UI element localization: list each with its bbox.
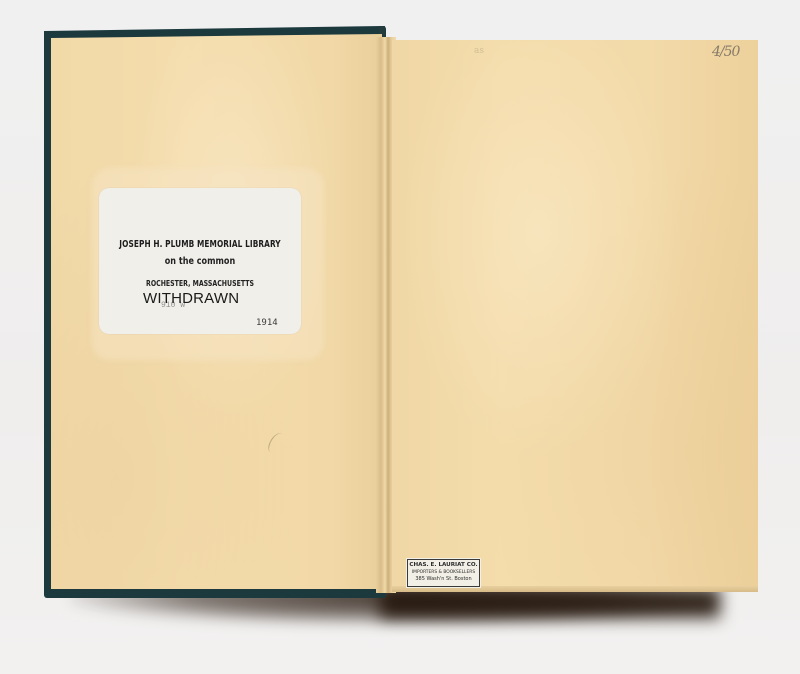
pencil-price: 4/50 (712, 44, 739, 60)
bookseller-name: CHAS. E. LAURIAT CO. (408, 562, 479, 569)
bookseller-address: 385 Wash'n St. Boston (408, 576, 479, 583)
bookseller-ticket: CHAS. E. LAURIAT CO. IMPORTERS & BOOKSEL… (407, 559, 480, 587)
library-subtitle: on the common (114, 256, 286, 267)
library-location: ROCHESTER, MASSACHUSETTS (119, 279, 281, 288)
library-label: JOSEPH H. PLUMB MEMORIAL LIBRARY on the … (99, 188, 301, 334)
book-shadow-right (380, 588, 720, 618)
label-year: 1914 (256, 318, 278, 328)
withdrawn-stamp: WITHDRAWN (143, 290, 239, 307)
library-name: JOSEPH H. PLUMB MEMORIAL LIBRARY (117, 239, 283, 250)
free-endpaper (392, 40, 758, 588)
bookseller-trade: IMPORTERS & BOOKSELLERS (408, 569, 479, 576)
faint-pencil-mark: as (474, 46, 484, 56)
